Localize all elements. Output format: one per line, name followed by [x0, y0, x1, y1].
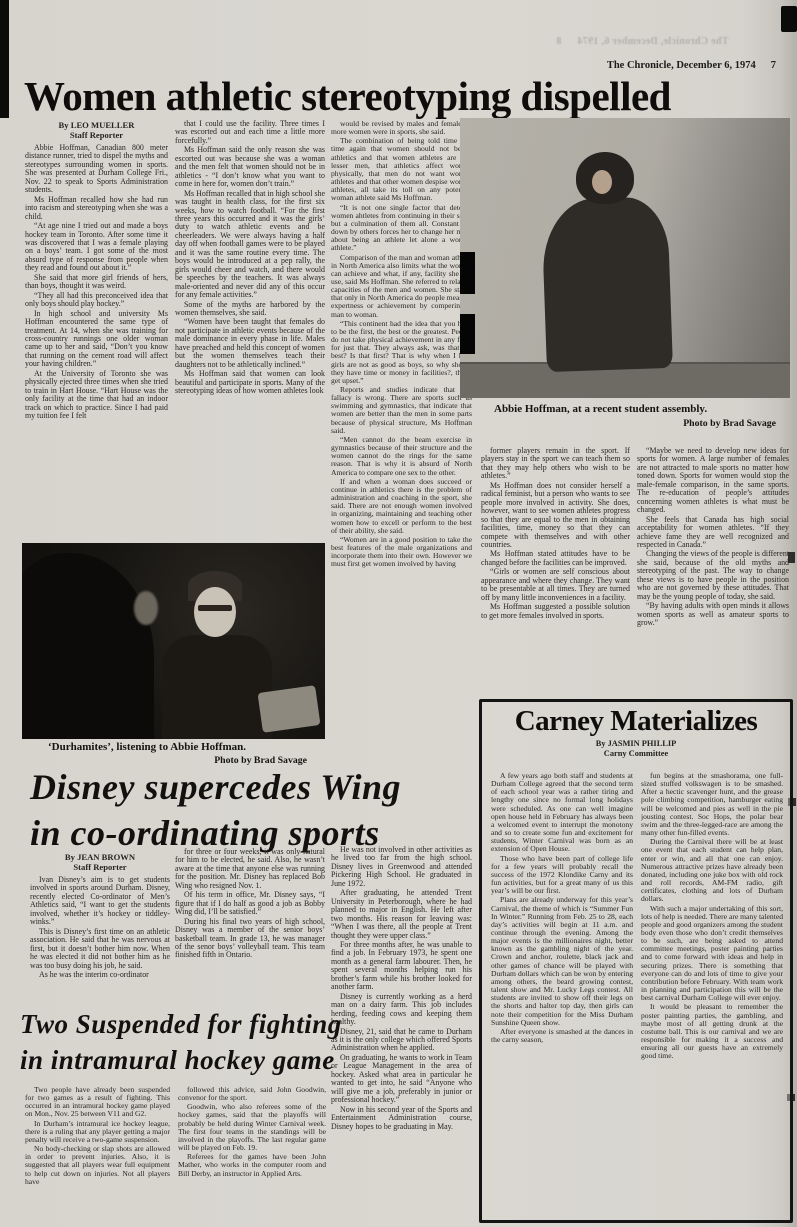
paragraph: “It is not one single factor that detour… — [331, 204, 472, 253]
hoffman-photo — [460, 118, 790, 398]
paragraph: The combination of being told time and t… — [331, 137, 472, 202]
disney-headline: Disney supercedes Wing in co-ordinating … — [30, 764, 401, 856]
paragraph: “Men cannot do the beam exercise in gymn… — [331, 436, 472, 477]
paragraph: With such a major undertaking of this so… — [641, 905, 783, 1003]
paragraph: It would be pleasant to remember the pos… — [641, 1003, 783, 1060]
photo-figure-profile — [134, 591, 158, 625]
masthead: The Chronicle, December 6, 1974 7 — [560, 60, 776, 71]
paragraph: “Women have been taught that females do … — [175, 318, 325, 369]
hockey-article-col1: Two people have already been suspended f… — [25, 1086, 170, 1224]
hockey-article-col2: followed this advice, said John Goodwin,… — [178, 1086, 326, 1224]
column-text: “Maybe we need to develop new ideas for … — [637, 447, 789, 628]
byline-role: Carny Committee — [482, 749, 790, 759]
paragraph: If and when a woman does succeed or cont… — [331, 478, 472, 535]
paragraph: This is Disney’s first time on an athlet… — [30, 928, 170, 970]
column-text: would be revised by males and females if… — [331, 120, 472, 568]
byline-role: Staff Reporter — [30, 862, 170, 872]
paragraph: Two people have already been suspended f… — [25, 1086, 170, 1119]
paragraph: On graduating, he wants to work in Team … — [331, 1054, 472, 1105]
paragraph: Ms Hoffman stated attitudes have to be c… — [481, 550, 630, 567]
photo-figure-face — [592, 170, 612, 194]
paragraph: Ms Hoffman recalled that in high school … — [175, 190, 325, 300]
byline-author: By LEO MUELLER — [25, 120, 168, 130]
carney-title: Carney Materializes — [482, 705, 790, 738]
paragraph: As he was the interim co-ordinator — [30, 971, 170, 979]
paragraph: “Maybe we need to develop new ideas for … — [637, 447, 789, 515]
disney-article-col1: By JEAN BROWN Staff Reporter Ivan Disney… — [30, 852, 170, 1008]
masthead-title: The Chronicle, December 6, 1974 — [607, 60, 756, 71]
paragraph: Plans are already underway for this year… — [491, 896, 633, 1027]
paragraph: Comparison of the man and woman athlete … — [331, 254, 472, 319]
carney-article-box: Carney Materializes By JASMIN PHILLIP Ca… — [479, 699, 793, 1223]
paragraph: In high school and university Ms Hoffman… — [25, 310, 168, 369]
newspaper-page: The Chronicle, December 6, 1974 8 The Ch… — [0, 0, 797, 1227]
hockey-headline-line1: Two Suspended for fighting — [20, 1006, 342, 1042]
paragraph: Goodwin, who also referees some of the h… — [178, 1103, 326, 1152]
paragraph: During his final two years of high schoo… — [175, 918, 325, 960]
byline: By LEO MUELLER Staff Reporter — [25, 120, 168, 140]
carney-article-col2: fun begins at the smashorama, one full-s… — [641, 772, 783, 1220]
bleed-through-text: The Chronicle, December 6, 1974 8 — [556, 36, 770, 47]
paragraph: Reports and studies indicate that this f… — [331, 386, 472, 435]
byline-author: By JASMIN PHILLIP — [482, 739, 790, 749]
paragraph: Abbie Hoffman, Canadian 800 meter distan… — [25, 144, 168, 195]
column-text: for three or four weeks, it was only nat… — [175, 848, 325, 960]
disney-headline-line1: Disney supercedes Wing — [30, 764, 401, 810]
paragraph: After everyone is smashed at the dances … — [491, 1028, 633, 1044]
page-number: 7 — [771, 60, 776, 71]
paragraph: fun begins at the smashorama, one full-s… — [641, 772, 783, 837]
paragraph: “Girls or women are self conscious about… — [481, 568, 630, 602]
paragraph: She feels that Canada has high social ac… — [637, 516, 789, 550]
photo-figure-glasses — [198, 605, 232, 611]
paragraph: “By having adults with open minds it all… — [637, 602, 789, 627]
paragraph: Of his term in office, Mr. Disney says, … — [175, 891, 325, 916]
paragraph: During the Carnival there will be at lea… — [641, 838, 783, 903]
scan-speck — [788, 552, 795, 563]
paragraph: Ms Hoffman does not consider herself a r… — [481, 482, 630, 550]
paragraph: In Durham’s intramural ice hockey league… — [25, 1120, 170, 1144]
paragraph: A few years ago both staff and students … — [491, 772, 633, 854]
byline: By JEAN BROWN Staff Reporter — [30, 852, 170, 872]
photo-figure-face — [194, 587, 236, 637]
paragraph: followed this advice, said John Goodwin,… — [178, 1086, 326, 1102]
hockey-headline-line2: in intramural hockey game — [20, 1042, 342, 1078]
audience-photo-caption: ‘Durhamites’, listening to Abbie Hoffman… — [48, 741, 246, 753]
paragraph: that I could use the facility. Three tim… — [175, 120, 325, 145]
photo-figure-body — [541, 196, 673, 372]
paragraph: No body-checking or slap shots are allow… — [25, 1145, 170, 1186]
byline-author: By JEAN BROWN — [30, 852, 170, 862]
photo-edge-mark — [460, 252, 475, 294]
paragraph: Changing the views of the people is diff… — [637, 550, 789, 601]
photo-edge-mark — [460, 314, 475, 354]
paragraph: “Women are in a good position to take th… — [331, 536, 472, 569]
column-text: Two people have already been suspended f… — [25, 1086, 170, 1186]
hockey-headline: Two Suspended for fighting in intramural… — [20, 1006, 342, 1078]
paragraph: former players remain in the sport. If p… — [481, 447, 630, 481]
byline: By JASMIN PHILLIP Carny Committee — [482, 739, 790, 758]
disney-article-col3: He was not involved in other activities … — [331, 846, 472, 1222]
women-article-col4: former players remain in the sport. If p… — [481, 447, 630, 703]
column-text: fun begins at the smashorama, one full-s… — [641, 772, 783, 1060]
paragraph: Ms Hoffman recalled how she had run into… — [25, 196, 168, 221]
paragraph: He was not involved in other activities … — [331, 846, 472, 888]
paragraph: would be revised by males and females if… — [331, 120, 472, 136]
column-text: that I could use the facility. Three tim… — [175, 120, 325, 396]
paragraph: “At age nine I tried out and made a boys… — [25, 222, 168, 273]
audience-photo — [22, 543, 325, 739]
hoffman-photo-credit: Photo by Brad Savage — [598, 418, 776, 429]
scan-edge-mark — [0, 0, 9, 118]
paragraph: Those who have been part of college life… — [491, 855, 633, 896]
column-text: former players remain in the sport. If p… — [481, 447, 630, 620]
paragraph: Referees for the games have been John Ma… — [178, 1153, 326, 1177]
paragraph: After graduating, he attended Trent Univ… — [331, 889, 472, 940]
paragraph: Some of the myths are harbored by the wo… — [175, 301, 325, 318]
women-article-col1: By LEO MUELLER Staff Reporter Abbie Hoff… — [25, 120, 168, 550]
main-headline: Women athletic stereotyping dispelled — [24, 72, 794, 120]
paragraph: for three or four weeks, it was only nat… — [175, 848, 325, 890]
paragraph: “They all had this preconceived idea tha… — [25, 292, 168, 309]
paragraph: For three months after, he was unable to… — [331, 941, 472, 992]
women-article-col2: that I could use the facility. Three tim… — [175, 120, 325, 550]
paragraph: She said that more girl friends of hers,… — [25, 274, 168, 291]
paragraph: Disney is currently working as a herd ma… — [331, 993, 472, 1027]
photo-paper — [257, 685, 320, 733]
paragraph: Now in his second year of the Sports and… — [331, 1106, 472, 1131]
paragraph: Ivan Disney’s aim is to get students inv… — [30, 876, 170, 927]
women-article-col5: “Maybe we need to develop new ideas for … — [637, 447, 789, 697]
column-text: Ivan Disney’s aim is to get students inv… — [30, 876, 170, 979]
paragraph: At the University of Toronto she was phy… — [25, 370, 168, 421]
scan-corner-mark — [781, 6, 797, 32]
column-text: A few years ago both staff and students … — [491, 772, 633, 1044]
bleed-masthead: The Chronicle, December 6, 1974 — [577, 36, 728, 47]
bleed-page-number: 8 — [556, 36, 561, 47]
byline-role: Staff Reporter — [25, 130, 168, 140]
women-article-col3: would be revised by males and females if… — [331, 120, 472, 788]
paragraph: Ms Hoffman said that women can look beau… — [175, 370, 325, 395]
photo-figure-body — [162, 635, 272, 739]
paragraph: Ms Hoffman suggested a possible solution… — [481, 603, 630, 620]
column-text: followed this advice, said John Goodwin,… — [178, 1086, 326, 1178]
hoffman-photo-caption: Abbie Hoffman, at a recent student assem… — [494, 403, 707, 415]
paragraph: “This continent had the idea that you ha… — [331, 320, 472, 385]
paragraph: Ms Hoffman said the only reason she was … — [175, 146, 325, 188]
paragraph: Disney, 21, said that he came to Durham … — [331, 1028, 472, 1053]
carney-article-col1: A few years ago both staff and students … — [491, 772, 633, 1220]
column-text: Abbie Hoffman, Canadian 800 meter distan… — [25, 144, 168, 421]
column-text: He was not involved in other activities … — [331, 846, 472, 1131]
